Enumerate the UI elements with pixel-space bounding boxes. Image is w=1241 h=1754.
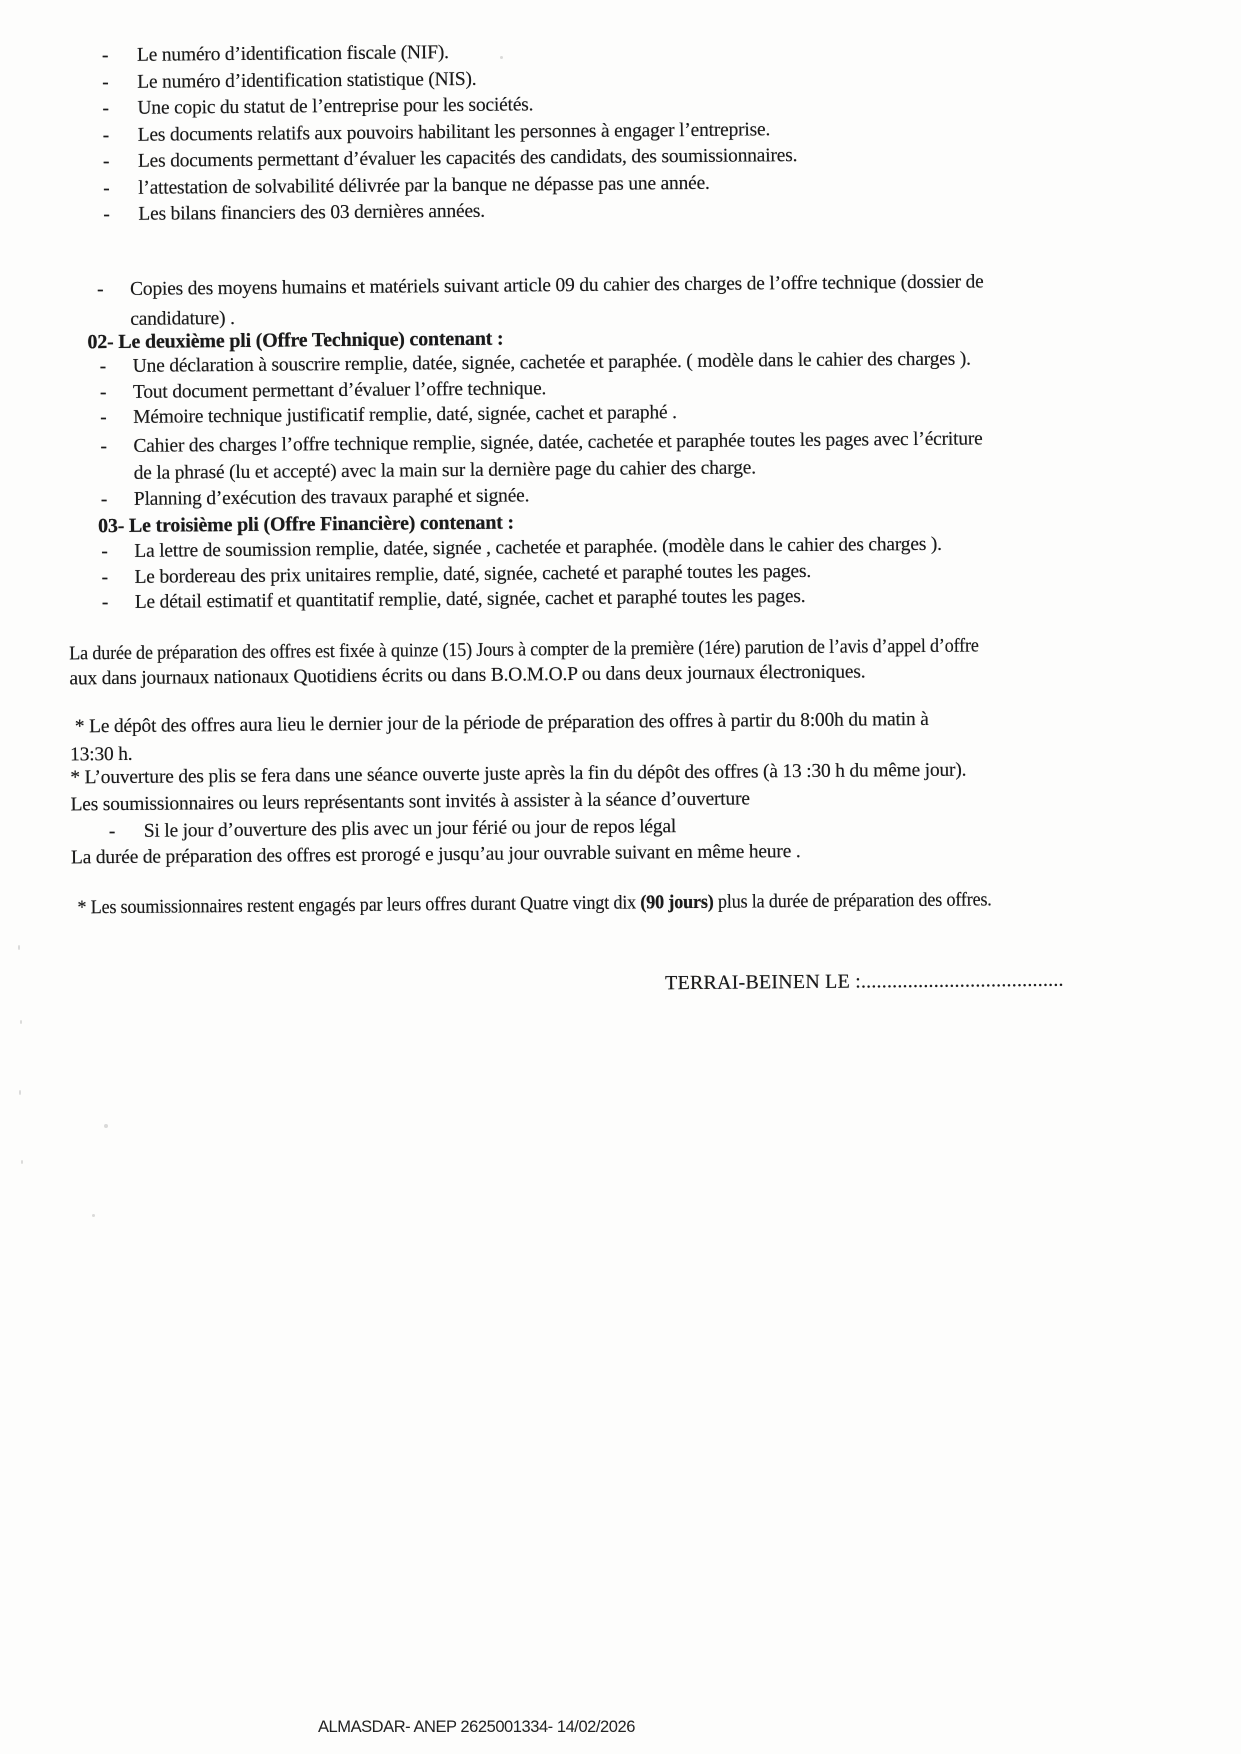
note-invitation-seance: Les soumissionnaires ou leurs représenta… — [70, 787, 749, 817]
bullet-dash: - — [103, 149, 138, 176]
engagement-delai: (90 jours) — [640, 892, 713, 914]
list-item-text: La lettre de soumission remplie, datée, … — [134, 533, 942, 564]
list-item-jour-ferie: - Si le jour d’ouverture des plis avec u… — [109, 815, 677, 844]
bullet-dash: - — [100, 433, 133, 460]
bullet-dash: - — [103, 175, 138, 202]
section-heading-offre-financiere: 03- Le troisième pli (Offre Financière) … — [98, 512, 514, 539]
scan-speck — [104, 1124, 108, 1128]
engagement-line: * Les soumissionnaires restent engagés p… — [77, 888, 991, 920]
signature-dotted-line: ....................................... — [861, 969, 1064, 993]
bullet-dash: - — [101, 540, 134, 564]
paragraph-duree-preparation: La durée de préparation des offres est f… — [69, 633, 1047, 692]
list-item-text: Le détail estimatif et quantitatif rempl… — [135, 585, 806, 615]
list-item-text: Le numéro d’identification fiscale (NIF)… — [137, 40, 449, 69]
bullet-dash: - — [103, 122, 138, 149]
list-item-text: Le numéro d’identification statistique (… — [137, 66, 476, 95]
signature-place-date: TERRAI-BEINEN LE :......................… — [665, 969, 1064, 995]
scanned-content: - Le numéro d’identification fiscale (NI… — [0, 0, 1241, 1754]
bullet-dash: - — [101, 488, 134, 512]
list-item-text: Tout document permettant d’évaluer l’off… — [133, 377, 546, 405]
note-depot-heure: 13:30 h. — [70, 743, 133, 768]
bullet-dash: - — [102, 69, 137, 96]
scan-speck — [500, 56, 503, 59]
list-item-text: Une copic du statut de l’entreprise pour… — [137, 92, 533, 122]
bullet-dash: - — [102, 96, 137, 123]
list-item-text: Planning d’exécution des travaux paraphé… — [134, 484, 530, 511]
list-item-cahier: - Cahier des charges l’offre technique r… — [100, 425, 983, 487]
list-item-copies: - Copies des moyens humains et matériels… — [97, 267, 984, 334]
list-item-text: Si le jour d’ouverture des plis avec un … — [144, 815, 677, 844]
note-ouverture-plis: * L’ouverture des plis se fera dans une … — [70, 759, 966, 791]
bullet-dash: - — [102, 43, 137, 70]
scan-speck — [21, 1160, 23, 1164]
bullet-dash: - — [100, 381, 133, 405]
scan-speck — [19, 1090, 21, 1095]
list-item-text: Copies des moyens humains et matériels s… — [130, 267, 984, 333]
bullet-dash: - — [101, 566, 134, 590]
bullet-dash: - — [102, 591, 135, 615]
list-item: - La lettre de soumission remplie, datée… — [101, 533, 942, 564]
scan-speck — [92, 1214, 95, 1217]
list-item-text: Les bilans financiers des 03 dernières a… — [138, 199, 485, 229]
bullet-dash: - — [97, 275, 130, 305]
engagement-pre: * Les soumissionnaires restent engagés p… — [77, 892, 640, 918]
signature-label: TERRAI-BEINEN LE : — [665, 971, 861, 995]
note-engagement-offres: * Les soumissionnaires restent engagés p… — [77, 888, 1060, 921]
list-item-text: Mémoire technique justificatif remplie, … — [133, 401, 677, 430]
bullet-dash: - — [100, 406, 133, 430]
document-page: - Le numéro d’identification fiscale (NI… — [0, 0, 1241, 1754]
engagement-post: plus la durée de préparation des offres. — [713, 889, 991, 912]
bullet-dash: - — [100, 355, 133, 379]
list-item-text: Cahier des charges l’offre technique rem… — [133, 425, 983, 486]
note-depot-offres: * Le dépôt des offres aura lieu le derni… — [75, 708, 929, 739]
scan-speck — [18, 945, 20, 950]
scan-speck — [20, 1020, 22, 1024]
list-item: - Planning d’exécution des travaux parap… — [101, 484, 530, 512]
footer-anep-reference: ALMASDAR- ANEP 2625001334- 14/02/2026 — [318, 1718, 635, 1737]
section-heading-offre-technique: 02- Le deuxième pli (Offre Technique) co… — [87, 328, 503, 355]
list-item: - Les bilans financiers des 03 dernières… — [103, 196, 798, 229]
bullet-list-pieces: - Le numéro d’identification fiscale (NI… — [102, 37, 798, 229]
list-item-text: l’attestation de solvabilité délivrée pa… — [138, 170, 710, 201]
paragraph-prorogation: La durée de préparation des offres est p… — [71, 840, 801, 870]
list-item: - Mémoire technique justificatif remplie… — [100, 401, 677, 430]
list-item: - Le détail estimatif et quantitatif rem… — [102, 585, 806, 615]
bullet-dash: - — [109, 820, 144, 844]
list-item: - Tout document permettant d’évaluer l’o… — [100, 377, 546, 405]
bullet-dash: - — [103, 202, 138, 229]
